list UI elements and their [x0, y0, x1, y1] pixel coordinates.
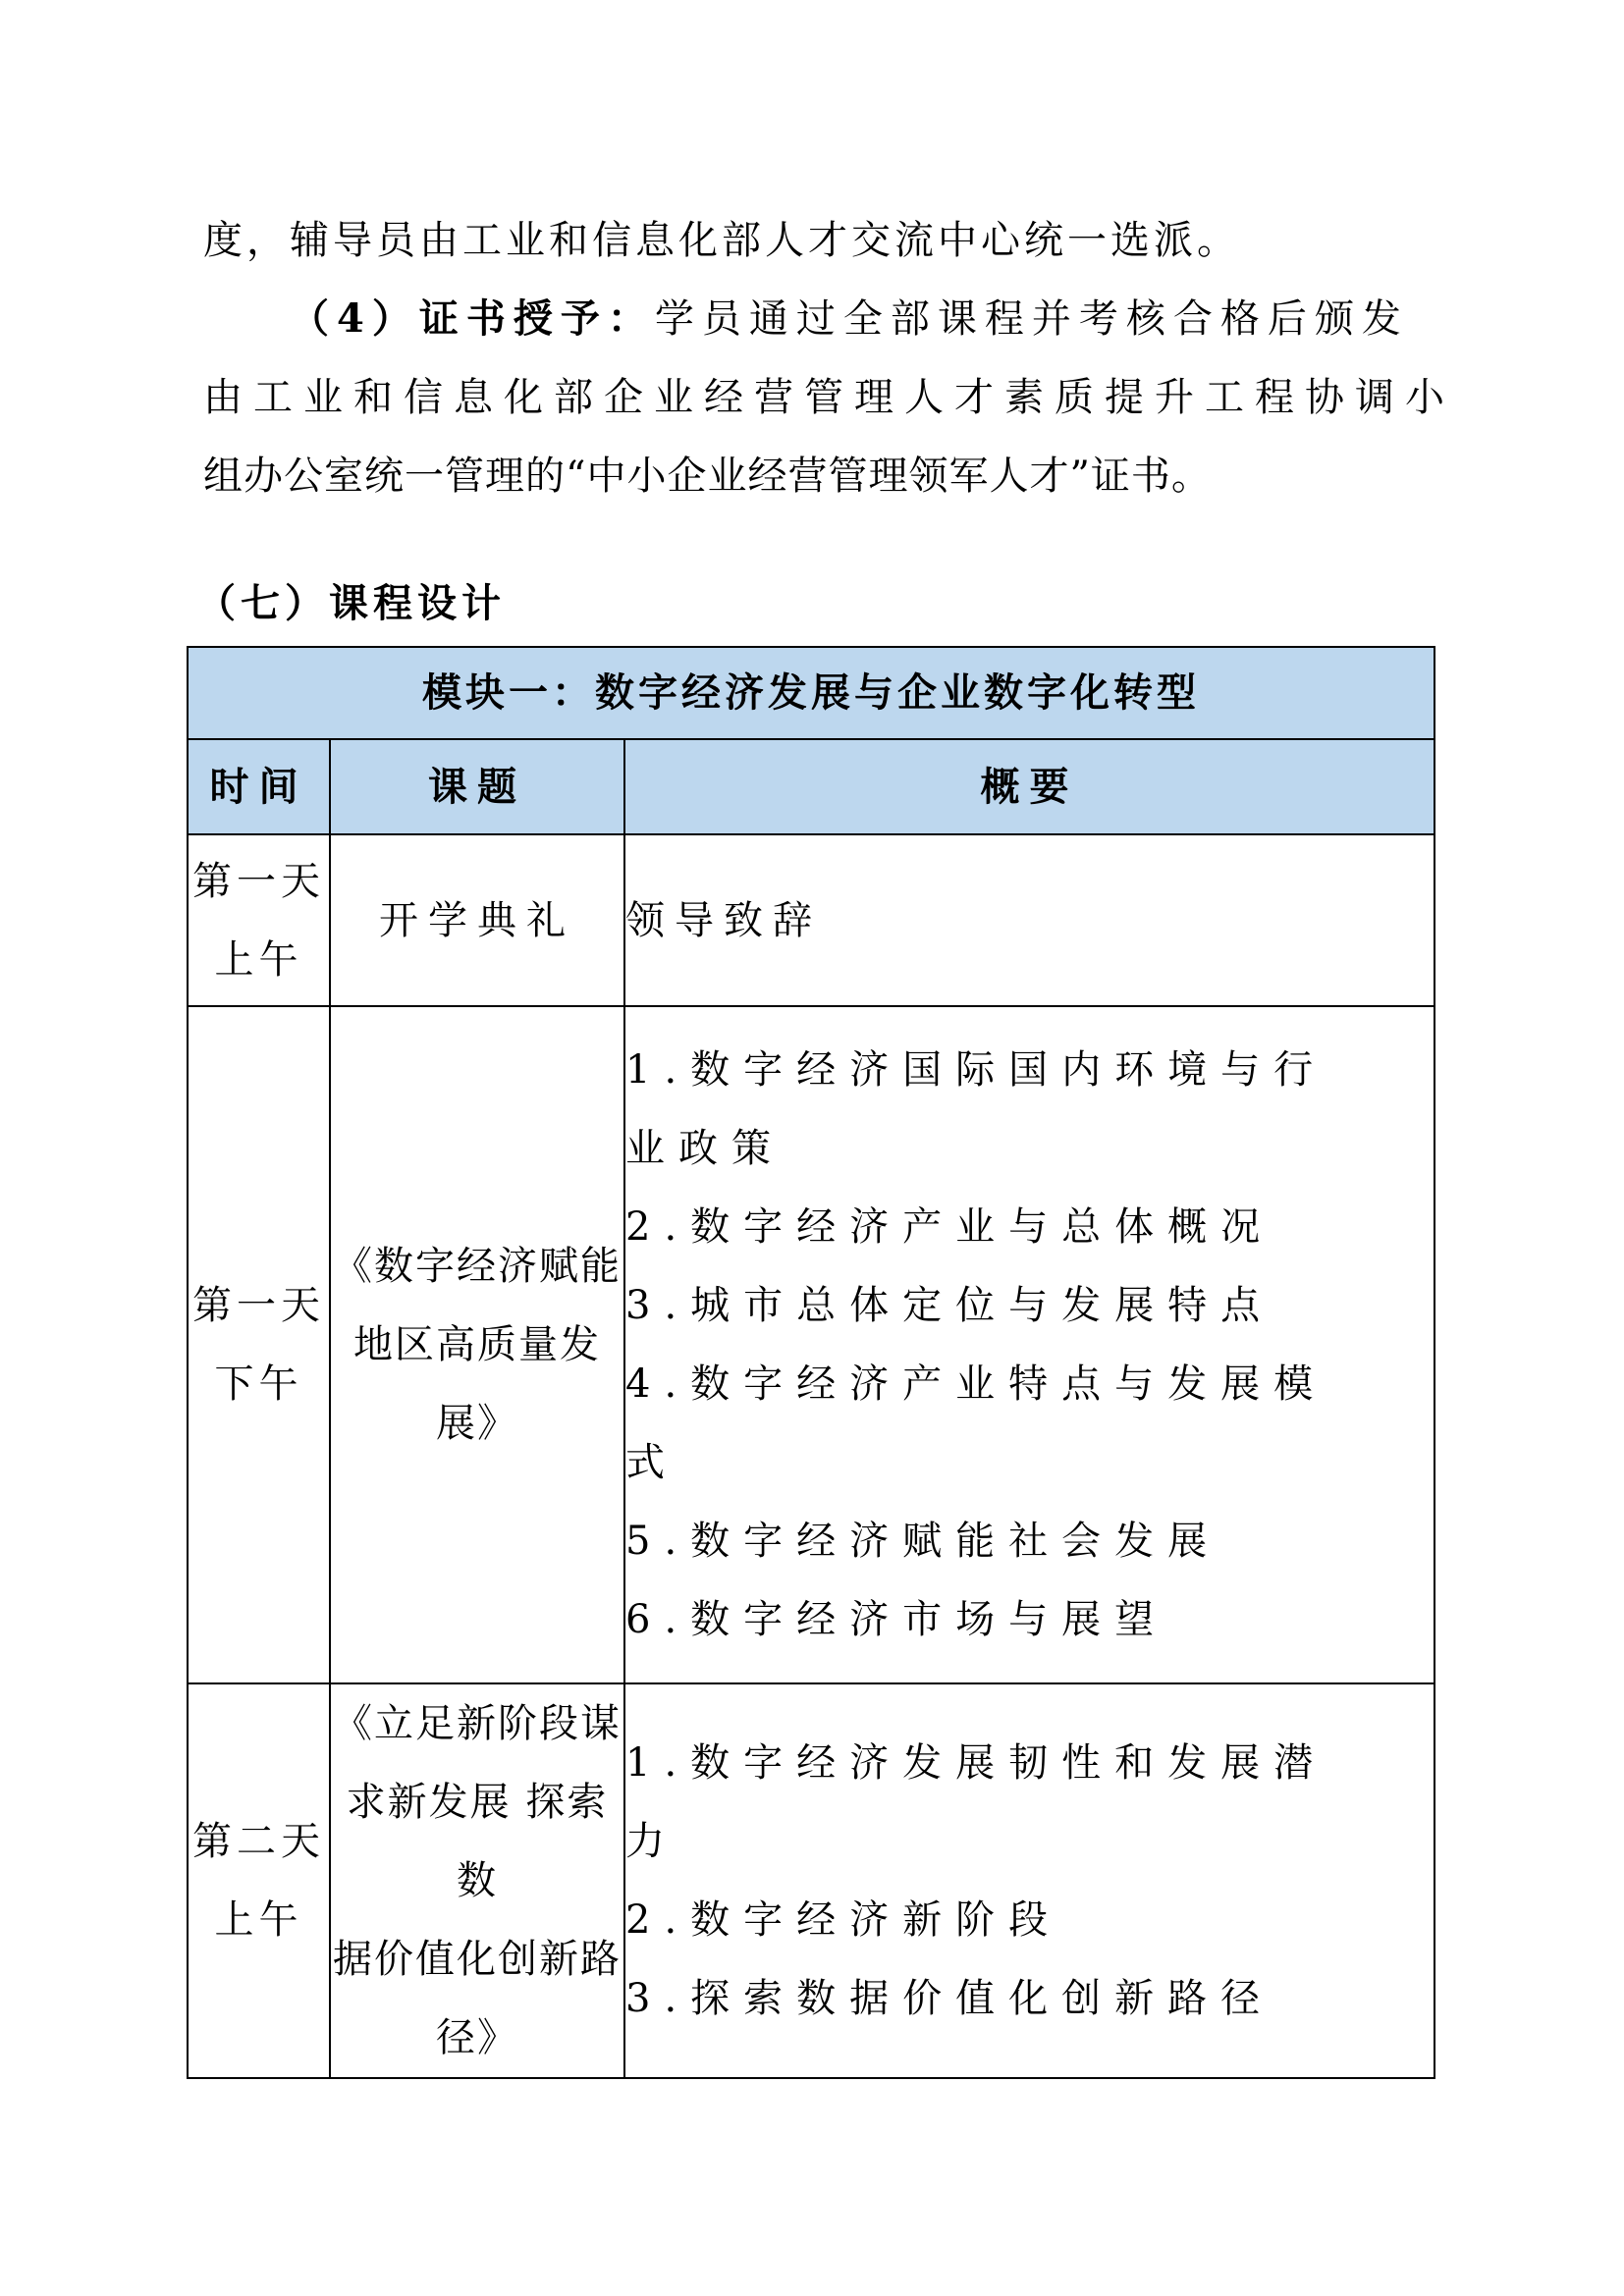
- topic-cell: 开学典礼: [330, 834, 624, 1006]
- summary-line: 领导致辞: [625, 881, 1434, 960]
- section-heading-course-design: （七）课程设计: [196, 564, 506, 643]
- summary-line: 6.数字经济市场与展望: [625, 1580, 1434, 1659]
- time-line: 下午: [189, 1345, 329, 1423]
- summary-line: 1.数字经济发展韧性和发展潜: [625, 1724, 1434, 1802]
- summary-line: 3.探索数据价值化创新路径: [625, 1959, 1434, 2038]
- body-paragraphs: 度，辅导员由工业和信息化部人才交流中心统一选派。 （4）证书授予：学员通过全部课…: [203, 201, 1421, 515]
- topic-line: 开学典礼: [331, 881, 623, 960]
- summary-line: 3.城市总体定位与发展特点: [625, 1266, 1434, 1345]
- col-header-topic: 课题: [330, 739, 624, 834]
- time-cell: 第二天 上午: [188, 1683, 330, 2078]
- summary-cell: 1.数字经济国际国内环境与行 业政策 2.数字经济产业与总体概况 3.城市总体定…: [624, 1006, 1435, 1683]
- table-row-day2-morning: 第二天 上午 《立足新阶段谋 求新发展 探索数 据价值化创新路 径》 1.数字经…: [188, 1683, 1435, 2078]
- certificate-award-lead: （4）证书授予：: [290, 295, 655, 342]
- summary-line: 力: [625, 1802, 1434, 1881]
- module-title: 模块一：数字经济发展与企业数字化转型: [188, 647, 1435, 739]
- time-cell: 第一天 上午: [188, 834, 330, 1006]
- paragraph-line: 度，辅导员由工业和信息化部人才交流中心统一选派。: [203, 201, 1421, 280]
- time-line: 上午: [189, 921, 329, 999]
- paragraph-line: （4）证书授予：学员通过全部课程并考核合格后颁发: [203, 280, 1421, 358]
- course-schedule-table: 模块一：数字经济发展与企业数字化转型 时间 课题 概要 第一天 上午 开学典礼 …: [187, 646, 1435, 2079]
- topic-line: 径》: [331, 1999, 623, 2077]
- topic-line: 地区高质量发展》: [331, 1306, 623, 1463]
- topic-line: 《立足新阶段谋: [331, 1684, 623, 1763]
- table-row-day1-morning: 第一天 上午 开学典礼 领导致辞: [188, 834, 1435, 1006]
- summary-cell: 领导致辞: [624, 834, 1435, 1006]
- col-header-summary: 概要: [624, 739, 1435, 834]
- time-line: 第一天: [189, 842, 329, 921]
- time-cell: 第一天 下午: [188, 1006, 330, 1683]
- time-line: 第一天: [189, 1266, 329, 1345]
- col-header-time: 时间: [188, 739, 330, 834]
- summary-cell: 1.数字经济发展韧性和发展潜 力 2.数字经济新阶段 3.探索数据价值化创新路径: [624, 1683, 1435, 2078]
- time-line: 第二天: [189, 1802, 329, 1881]
- summary-line: 式: [625, 1423, 1434, 1502]
- paragraph-line: 组办公室统一管理的“中小企业经营管理领军人才”证书。: [203, 437, 1421, 515]
- topic-cell: 《立足新阶段谋 求新发展 探索数 据价值化创新路 径》: [330, 1683, 624, 2078]
- topic-line: 求新发展 探索数: [331, 1763, 623, 1920]
- topic-line: 据价值化创新路: [331, 1920, 623, 1999]
- paragraph-line: 由工业和信息化部企业经营管理人才素质提升工程协调小: [203, 358, 1421, 437]
- topic-line: 《数字经济赋能: [331, 1227, 623, 1306]
- time-line: 上午: [189, 1881, 329, 1959]
- summary-line: 4.数字经济产业特点与发展模: [625, 1345, 1434, 1423]
- summary-line: 5.数字经济赋能社会发展: [625, 1502, 1434, 1580]
- summary-line: 业政策: [625, 1109, 1434, 1188]
- table-row-day1-afternoon: 第一天 下午 《数字经济赋能 地区高质量发展》 1.数字经济国际国内环境与行 业…: [188, 1006, 1435, 1683]
- table-header-row: 时间 课题 概要: [188, 739, 1435, 834]
- summary-line: 2.数字经济产业与总体概况: [625, 1188, 1434, 1266]
- document-page: 度，辅导员由工业和信息化部人才交流中心统一选派。 （4）证书授予：学员通过全部课…: [0, 0, 1624, 2296]
- summary-line: 2.数字经济新阶段: [625, 1881, 1434, 1959]
- topic-cell: 《数字经济赋能 地区高质量发展》: [330, 1006, 624, 1683]
- summary-line: 1.数字经济国际国内环境与行: [625, 1031, 1434, 1109]
- table-title-row: 模块一：数字经济发展与企业数字化转型: [188, 647, 1435, 739]
- paragraph-text: 学员通过全部课程并考核合格后颁发: [655, 296, 1409, 342]
